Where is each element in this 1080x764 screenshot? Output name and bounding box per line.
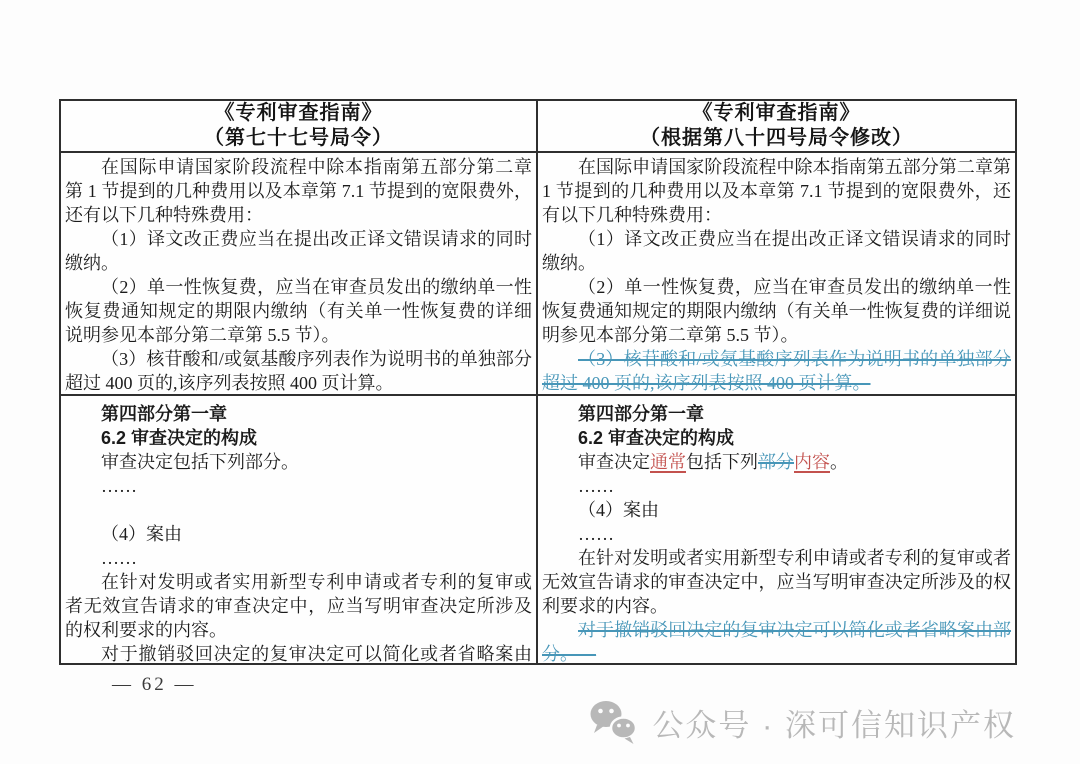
blank-line: [65, 498, 532, 522]
paragraph: （4）案由: [65, 522, 532, 546]
old-version-subtitle: （第七十七号局令）: [204, 126, 393, 151]
section-heading: 6.2 审查决定的构成: [65, 426, 532, 450]
text-segment: 审查决定: [578, 452, 650, 472]
ellipsis: ……: [65, 474, 532, 498]
guideline-comparison-table: 《专利审查指南》 （第七十七号局令） 《专利审查指南》 （根据第八十四号局令修改…: [59, 99, 1017, 665]
new-fees-cell: 在国际申请国家阶段流程中除本指南第五部分第二章第 1 节提到的几种费用以及本章第…: [538, 153, 1015, 396]
old-fees-cell: 在国际申请国家阶段流程中除本指南第五部分第二章第 1 节提到的几种费用以及本章第…: [61, 153, 538, 396]
watermark-label: 公众号 · 深可信知识产权: [652, 700, 1016, 745]
paragraph: 在针对发明或者实用新型专利申请或者专利的复审或者无效宣告请求的审查决定中，应当写…: [65, 570, 532, 642]
table-header-new-version: 《专利审查指南》 （根据第八十四号局令修改）: [538, 101, 1015, 153]
paragraph: （1）译文改正费应当在提出改正译文错误请求的同时缴纳。: [542, 227, 1011, 275]
paragraph: （2）单一性恢复费，应当在审查员发出的缴纳单一性恢复费通知规定的期限内缴纳（有关…: [65, 275, 532, 347]
page-number: — 62 —: [112, 674, 197, 696]
deleted-paragraph: 对于撤销驳回决定的复审决定可以简化或者省略案由部分。—: [542, 618, 1011, 663]
text-segment: 包括下列: [686, 452, 758, 472]
new-version-subtitle: （根据第八十四号局令修改）: [640, 126, 913, 151]
paragraph: （2）单一性恢复费，应当在审查员发出的缴纳单一性恢复费通知规定的期限内缴纳（有关…: [542, 275, 1011, 347]
paragraph: （1）译文改正费应当在提出改正译文错误请求的同时缴纳。: [65, 227, 532, 275]
deleted-text: 部分: [758, 452, 794, 472]
ellipsis: ……: [542, 474, 1011, 498]
edited-sentence: 审查决定通常包括下列部分内容。: [542, 450, 1011, 474]
section-heading: 6.2 审查决定的构成: [542, 426, 1011, 450]
inserted-text: 内容: [794, 452, 830, 472]
paragraph: 对于撤销驳回决定的复审决定可以简化或者省略案由部: [65, 642, 532, 663]
wechat-icon: [588, 698, 640, 746]
ellipsis: ……: [65, 546, 532, 570]
chapter-heading: 第四部分第一章: [542, 402, 1011, 426]
paragraph: （4）案由: [542, 498, 1011, 522]
paragraph: （3）核苷酸和/或氨基酸序列表作为说明书的单独部分超过 400 页的,该序列表按…: [65, 347, 532, 395]
table-header-old-version: 《专利审查指南》 （第七十七号局令）: [61, 101, 538, 153]
new-decision-cell: 第四部分第一章 6.2 审查决定的构成 审查决定通常包括下列部分内容。 …… （…: [538, 396, 1015, 663]
paragraph: 在针对发明或者实用新型专利申请或者专利的复审或者无效宣告请求的审查决定中，应当写…: [542, 546, 1011, 618]
old-version-title: 《专利审查指南》: [215, 101, 383, 126]
paragraph: 在国际申请国家阶段流程中除本指南第五部分第二章第 1 节提到的几种费用以及本章第…: [65, 155, 532, 227]
paragraph: 审查决定包括下列部分。: [65, 450, 532, 474]
text-segment: 。: [830, 452, 848, 472]
wechat-watermark: 公众号 · 深可信知识产权: [588, 696, 1016, 748]
chapter-heading: 第四部分第一章: [65, 402, 532, 426]
new-version-title: 《专利审查指南》: [693, 101, 861, 126]
paragraph: 在国际申请国家阶段流程中除本指南第五部分第二章第 1 节提到的几种费用以及本章第…: [542, 155, 1011, 227]
deleted-paragraph: （3）核苷酸和/或氨基酸序列表作为说明书的单独部分超过 400 页的,该序列表按…: [542, 347, 1011, 395]
inserted-text: 通常: [650, 452, 686, 472]
old-decision-cell: 第四部分第一章 6.2 审查决定的构成 审查决定包括下列部分。 …… （4）案由…: [61, 396, 538, 663]
ellipsis: ……: [542, 522, 1011, 546]
